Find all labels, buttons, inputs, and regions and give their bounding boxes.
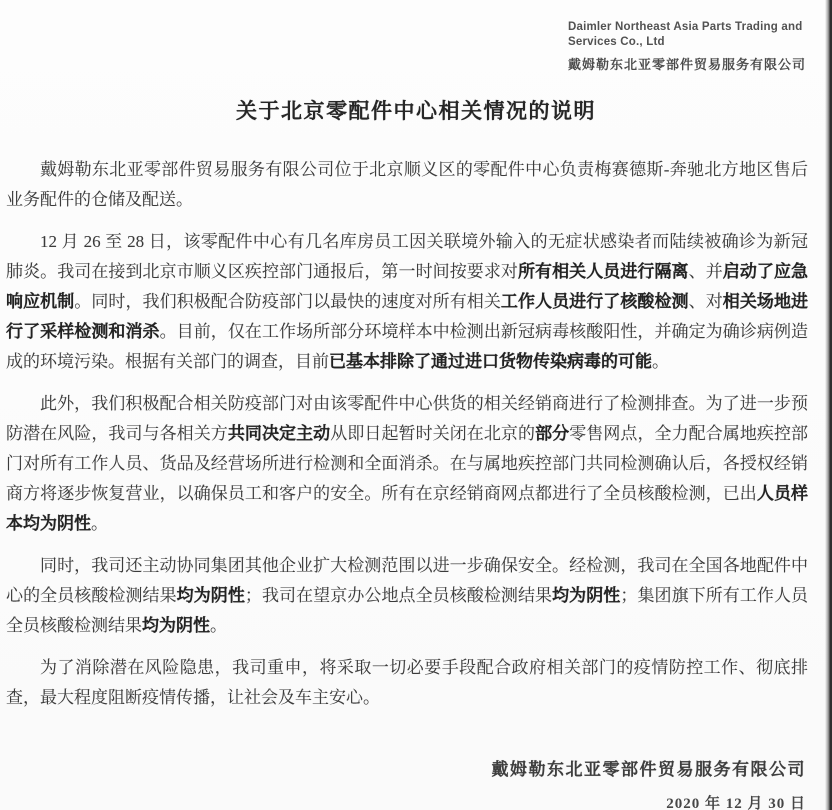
document-page: Daimler Northeast Asia Parts Trading and… — [0, 0, 832, 810]
company-name-chinese: 戴姆勒东北亚零部件贸易服务有限公司 — [568, 54, 806, 73]
signature-company: 戴姆勒东北亚零部件贸易服务有限公司 — [0, 755, 806, 780]
paragraph: 同时，我司还主动协同集团其他企业扩大检测范围以进一步确保安全。经检测，我司在全国… — [6, 551, 808, 641]
emphasis-text: 已基本排除了通过进口货物传染病毒的可能 — [329, 352, 652, 371]
emphasis-text: 均为阴性 — [177, 586, 245, 605]
letterhead: Daimler Northeast Asia Parts Trading and… — [568, 20, 806, 73]
signature-date: 2020 年 12 月 30 日 — [0, 792, 806, 810]
body-text: 。 — [91, 514, 108, 533]
body-text: 。 — [210, 616, 227, 635]
body-text: 、对 — [689, 292, 723, 311]
scan-edge-artifact — [825, 0, 832, 810]
body-text: 戴姆勒东北亚零部件贸易服务有限公司位于北京顺义区的零配件中心负责梅赛德斯-奔驰北… — [6, 160, 808, 209]
company-name-english-line2: Services Co., Ltd — [568, 35, 806, 50]
paragraph: 12 月 26 至 28 日，该零配件中心有几名库房员工因关联境外输入的无症状感… — [6, 227, 808, 377]
emphasis-text: 共同决定主动 — [228, 424, 330, 443]
body-text: ；我司在望京办公地点全员核酸检测结果 — [245, 586, 552, 605]
body-text: 为了消除潜在风险隐患，我司重申，将采取一切必要手段配合政府相关部门的疫情防控工作… — [6, 658, 808, 707]
paragraph: 为了消除潜在风险隐患，我司重申，将采取一切必要手段配合政府相关部门的疫情防控工作… — [6, 653, 808, 713]
company-name-english-line1: Daimler Northeast Asia Parts Trading and — [568, 20, 806, 35]
emphasis-text: 工作人员进行了核酸检测 — [501, 292, 689, 311]
emphasis-text: 所有相关人员进行隔离 — [518, 262, 689, 281]
body-text: 从即日起暂时关闭在北京的 — [330, 424, 535, 443]
emphasis-text: 均为阴性 — [142, 616, 210, 635]
paragraph: 此外，我们积极配合相关防疫部门对由该零配件中心供货的相关经销商进行了检测排查。为… — [6, 389, 808, 539]
paragraph: 戴姆勒东北亚零部件贸易服务有限公司位于北京顺义区的零配件中心负责梅赛德斯-奔驰北… — [6, 155, 808, 215]
document-body: 戴姆勒东北亚零部件贸易服务有限公司位于北京顺义区的零配件中心负责梅赛德斯-奔驰北… — [6, 155, 808, 713]
signature-block: 戴姆勒东北亚零部件贸易服务有限公司 2020 年 12 月 30 日 — [0, 755, 806, 810]
page-title: 关于北京零配件中心相关情况的说明 — [0, 95, 832, 125]
body-text: 。同时，我们积极配合防疫部门以最快的速度对所有相关 — [74, 292, 501, 311]
emphasis-text: 部分 — [535, 424, 569, 443]
body-text: 。 — [652, 352, 669, 371]
emphasis-text: 均为阴性 — [552, 586, 620, 605]
body-text: 、并 — [689, 262, 723, 281]
